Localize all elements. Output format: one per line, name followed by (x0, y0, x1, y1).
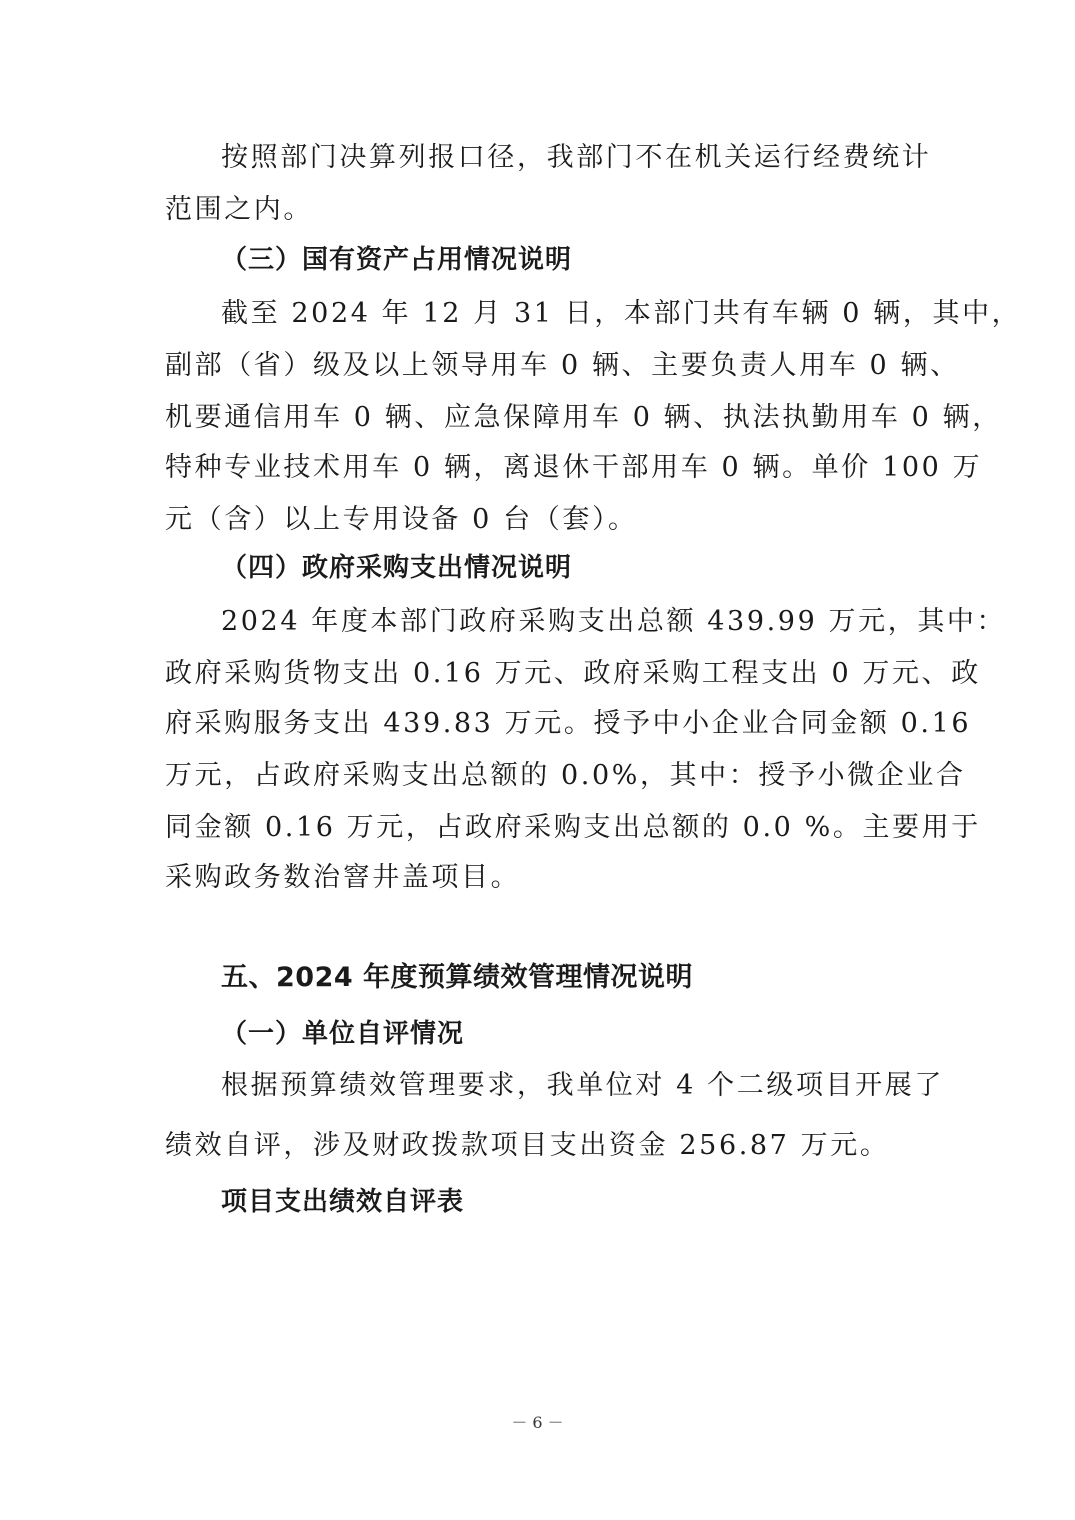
chapter-heading-performance-management: 五、2024 年度预算绩效管理情况说明 (221, 952, 971, 1004)
table-title: 项目支出绩效自评表 (221, 1176, 971, 1228)
paragraph-line: 范围之内。 (165, 184, 915, 236)
paragraph-line: 副部（省）级及以上领导用车 0 辆、主要负责人用车 0 辆、 (165, 340, 915, 392)
page-number: － 6 － (0, 1410, 1075, 1433)
section-heading-self-evaluation: （一）单位自评情况 (221, 1008, 971, 1060)
paragraph-line: 特种专业技术用车 0 辆，离退休干部用车 0 辆。单价 100 万 (165, 442, 915, 494)
paragraph-line: 截至 2024 年 12 月 31 日，本部门共有车辆 0 辆，其中， (221, 288, 971, 340)
paragraph-line: 按照部门决算列报口径，我部门不在机关运行经费统计 (221, 132, 971, 184)
section-heading-government-procurement: （四）政府采购支出情况说明 (221, 542, 971, 594)
paragraph-line: 绩效自评，涉及财政拨款项目支出资金 256.87 万元。 (165, 1120, 915, 1172)
paragraph-line: 同金额 0.16 万元，占政府采购支出总额的 0.0 %。主要用于 (165, 802, 915, 854)
paragraph-line: 政府采购货物支出 0.16 万元、政府采购工程支出 0 万元、政 (165, 648, 915, 700)
paragraph-line: 机要通信用车 0 辆、应急保障用车 0 辆、执法执勤用车 0 辆， (165, 392, 915, 444)
paragraph-line: 采购政务数治窨井盖项目。 (165, 852, 915, 904)
paragraph-line: 府采购服务支出 439.83 万元。授予中小企业合同金额 0.16 (165, 698, 915, 750)
paragraph-line: 万元，占政府采购支出总额的 0.0%，其中：授予小微企业合 (165, 750, 915, 802)
paragraph-line: 根据预算绩效管理要求，我单位对 4 个二级项目开展了 (221, 1060, 971, 1112)
paragraph-line: 2024 年度本部门政府采购支出总额 439.99 万元，其中： (221, 596, 971, 648)
paragraph-line: 元（含）以上专用设备 0 台（套）。 (165, 494, 915, 546)
section-heading-state-assets: （三）国有资产占用情况说明 (221, 234, 971, 286)
